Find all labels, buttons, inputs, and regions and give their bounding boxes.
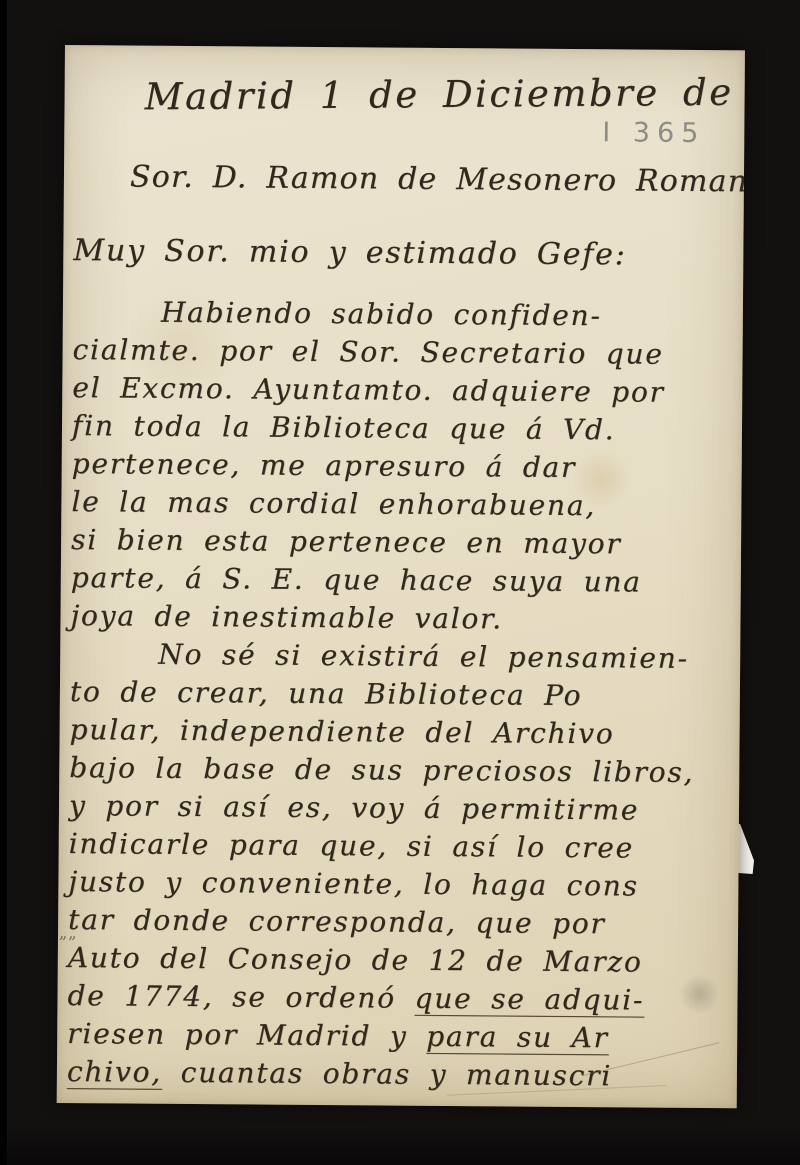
letter-line: chivo, cuantas obras y manuscri [67, 1053, 733, 1096]
letter-text: tar donde corresponda, que por [68, 903, 606, 940]
letter-line: indicarle para que, si así lo cree [69, 825, 735, 868]
letter-body: Habiendo sabido confiden-cialmte. por el… [67, 293, 739, 1096]
letter-line: tar donde corresponda, que por [68, 901, 734, 944]
letter-text: el Excmo. Ayuntamto. adquiere por [72, 371, 665, 409]
letter-line: riesen por Madrid y para su Ar [67, 1015, 733, 1058]
letter-text: Auto del Consejo de 12 de Marzo [68, 941, 643, 979]
letter-line: Auto del Consejo de 12 de Marzo [68, 939, 734, 982]
letter-line: si bien esta pertenece en mayor [71, 521, 737, 564]
date-line: Madrid 1 de Diciembre de 1879, [144, 70, 745, 119]
letter-text: indicarle para que, si así lo cree [69, 827, 634, 864]
letter-text: de 1774, se ordenó [67, 979, 414, 1015]
letter-text: parte, á S. E. que hace suya una [71, 561, 642, 598]
letter-line: bajo la base de sus preciosos libros, [69, 749, 735, 792]
letter-text: cialmte. por el Sor. Secretario que [72, 333, 663, 371]
letter-line: pertenece, me apresuro á dar [72, 445, 738, 488]
letter-line: justo y conveniente, lo haga cons [68, 863, 734, 906]
letter-line: el Excmo. Ayuntamto. adquiere por [72, 369, 738, 412]
letter-text: y por si así es, voy á permitirme [69, 789, 639, 826]
letter-line: de 1774, se ordenó que se adqui- [67, 977, 733, 1020]
letter-line: Habiendo sabido confiden- [73, 293, 739, 336]
letter-line: parte, á S. E. que hace suya una [71, 559, 737, 602]
letter-text: si bien esta pertenece en mayor [71, 523, 622, 560]
scan-background: { "scan": { "background_color": "#131010… [0, 0, 800, 1165]
letter-text: justo y conveniente, lo haga cons [68, 865, 639, 902]
letter-line: y por si así es, voy á permitirme [69, 787, 735, 830]
letter-text: No sé si existirá el pensamien- [158, 638, 689, 675]
underlined-text: que se adqui- [414, 982, 644, 1017]
salutation-line: Muy Sor. mio y estimado Gefe: [73, 233, 626, 272]
letter-page: Madrid 1 de Diciembre de 1879, I 365 Sor… [57, 45, 745, 1108]
letter-line: No sé si existirá el pensamien- [70, 635, 736, 678]
letter-text: pular, independiente del Archivo [69, 713, 614, 750]
letter-text: joya de inestimable valor. [70, 599, 503, 635]
letter-text: pertenece, me apresuro á dar [72, 447, 577, 484]
letter-text: bajo la base de sus preciosos libros, [69, 751, 694, 789]
letter-line: fin toda la Biblioteca que á Vd. [72, 407, 738, 450]
letter-line: le la mas cordial enhorabuena, [71, 483, 737, 526]
letter-text: cuantas obras y manuscri [162, 1056, 612, 1093]
letter-line: to de crear, una Biblioteca Po [70, 673, 736, 716]
letter-text: Habiendo sabido confiden- [161, 296, 602, 332]
letter-text: le la mas cordial enhorabuena, [71, 485, 596, 522]
underlined-text: chivo, [67, 1055, 162, 1089]
letter-text: fin toda la Biblioteca que á Vd. [72, 409, 616, 446]
letter-line: pular, independiente del Archivo [69, 711, 735, 754]
underlined-text: para su Ar [426, 1020, 609, 1054]
scanner-edge-strip [0, 0, 8, 1165]
archival-pencil-annotation: I 365 [602, 117, 705, 149]
scan-bottom-shadow [0, 1125, 800, 1165]
addressee-line: Sor. D. Ramon de Mesonero Romanos [130, 160, 745, 200]
letter-line: cialmte. por el Sor. Secretario que [72, 331, 738, 374]
letter-text: riesen por Madrid y [67, 1017, 426, 1053]
letter-line: joya de inestimable valor. [70, 597, 736, 640]
margin-pencil-mark: „„ [59, 923, 78, 942]
letter-text: to de crear, una Biblioteca Po [70, 675, 583, 712]
